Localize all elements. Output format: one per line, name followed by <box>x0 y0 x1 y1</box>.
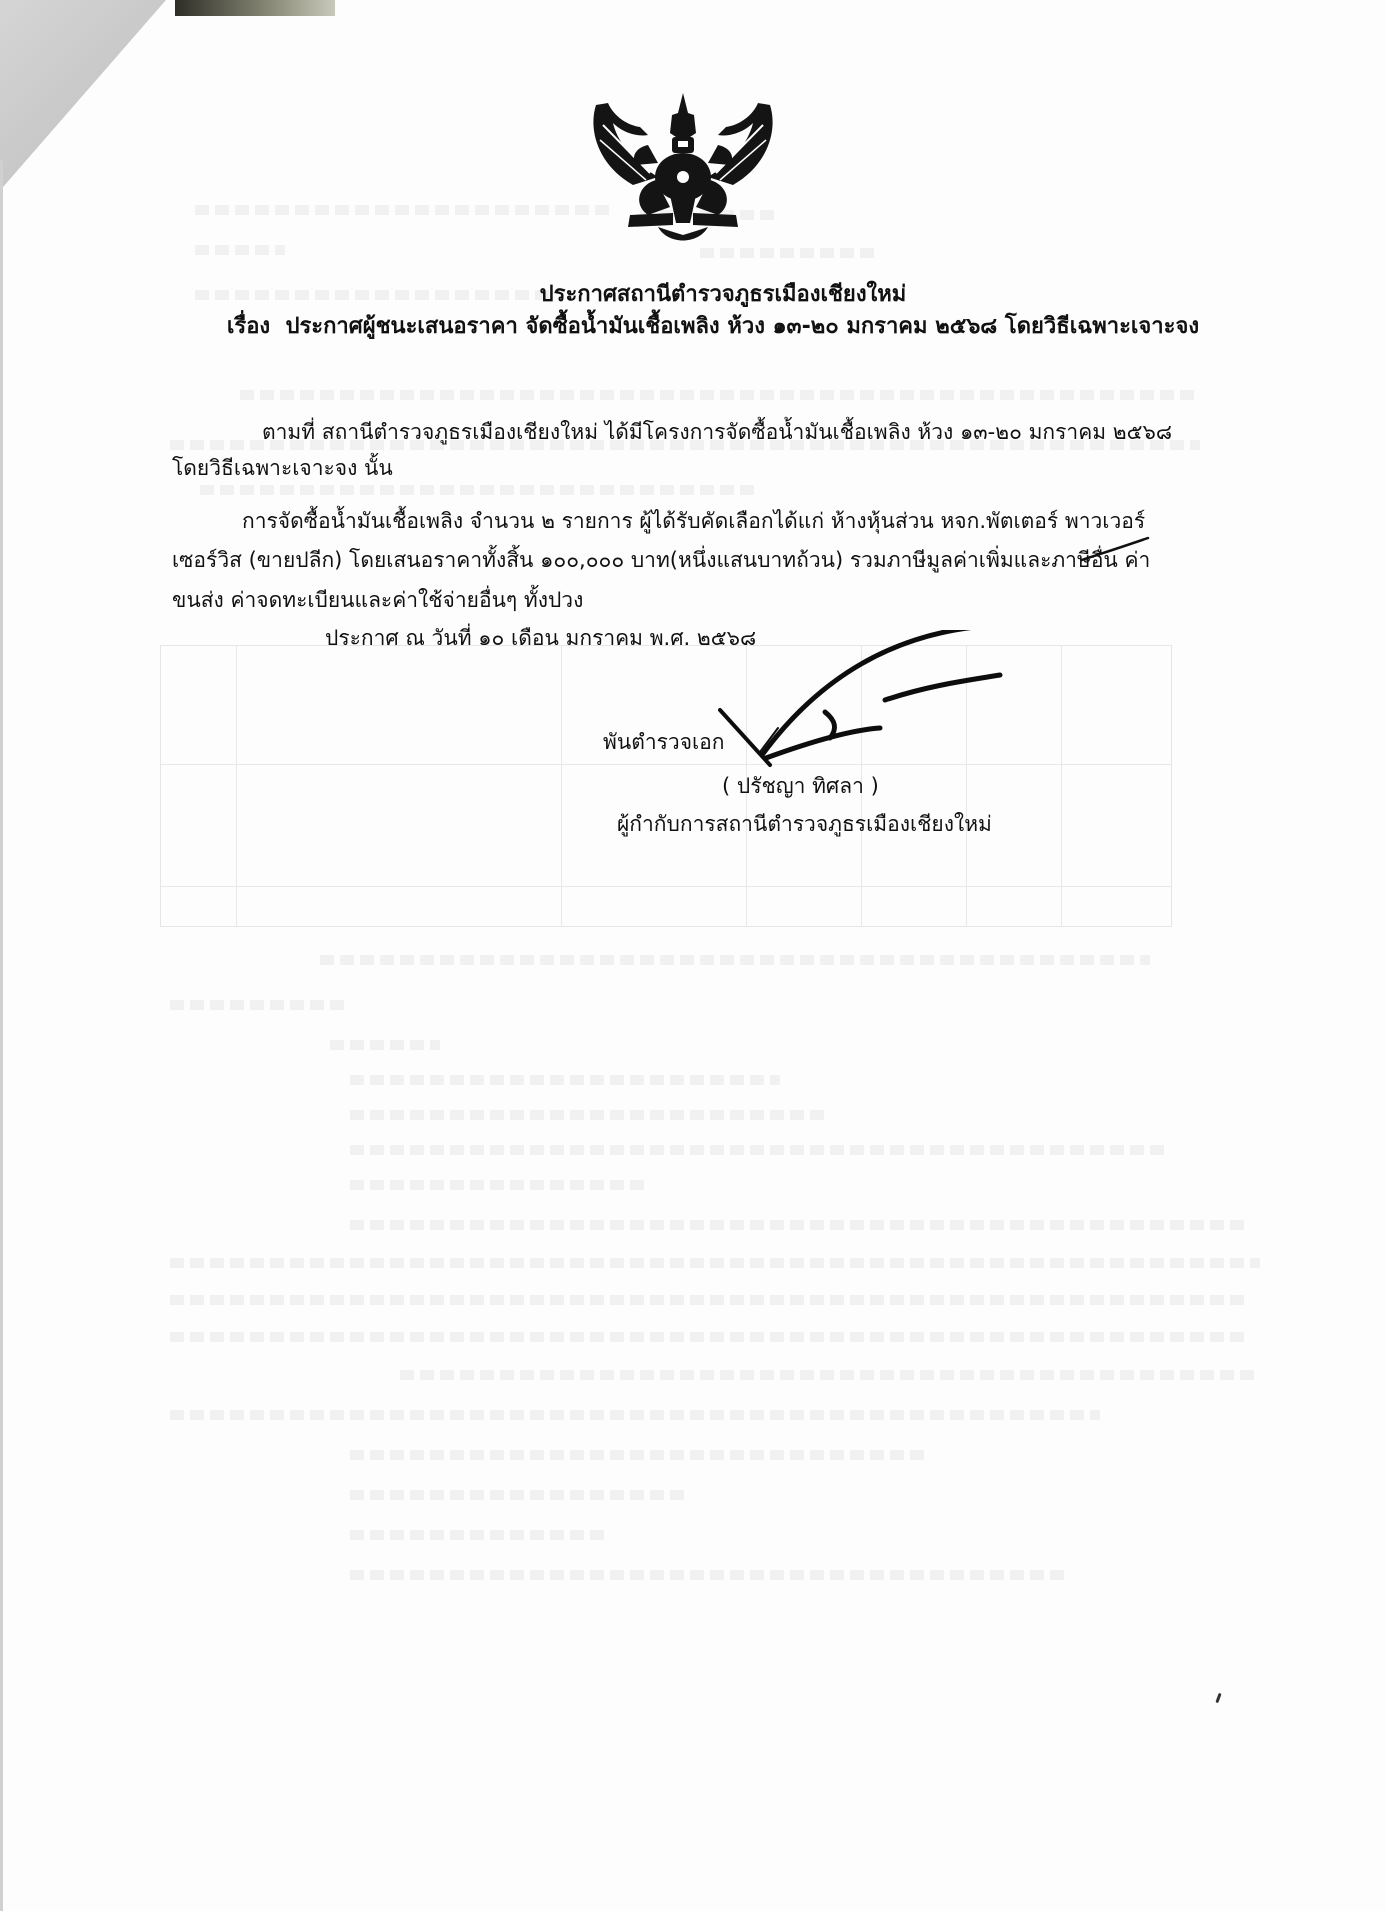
signatory-position: ผู้กำกับการสถานีตำรวจภูธรเมืองเชียงใหม่ <box>617 808 992 841</box>
signatory-rank: พันตำรวจเอก <box>603 726 725 759</box>
paragraph-1-line-2: โดยวิธีเฉพาะเจาะจง นั้น <box>172 452 393 485</box>
announcement-date: ประกาศ ณ วันที่ ๑๐ เดือน มกราคม พ.ศ. ๒๕๖… <box>325 622 756 655</box>
scan-speck <box>1215 1693 1221 1703</box>
signatory-name: ( ปรัชญา ทิศลา ) <box>722 770 879 803</box>
garuda-emblem-icon <box>578 85 788 250</box>
announcement-issuer: ประกาศสถานีตำรวจภูธรเมืองเชียงใหม่ <box>60 276 1386 311</box>
paragraph-1-line-1: ตามที่ สถานีตำรวจภูธรเมืองเชียงใหม่ ได้ม… <box>262 416 1172 449</box>
pen-strike-mark <box>1080 532 1150 572</box>
scanned-page: ประกาศสถานีตำรวจภูธรเมืองเชียงใหม่ เรื่อ… <box>0 0 1386 1911</box>
paragraph-2-line-2: เซอร์วิส (ขายปลีก) โดยเสนอราคาทั้งสิ้น ๑… <box>172 544 1150 577</box>
folded-page-corner <box>0 0 190 210</box>
scanner-edge-shadow <box>175 0 335 16</box>
paragraph-2-line-1: การจัดซื้อน้ำมันเชื้อเพลิง จำนวน ๒ รายกา… <box>242 505 1145 538</box>
page-left-edge <box>0 160 3 1911</box>
announcement-subject: เรื่อง ประกาศผู้ชนะเสนอราคา จัดซื้อน้ำมั… <box>40 308 1386 343</box>
subject-label: เรื่อง <box>227 314 270 339</box>
paragraph-2-line-3: ขนส่ง ค่าจดทะเบียนและค่าใช้จ่ายอื่นๆ ทั้… <box>172 584 583 617</box>
subject-text: ประกาศผู้ชนะเสนอราคา จัดซื้อน้ำมันเชื้อเ… <box>286 314 1200 339</box>
handwritten-signature-icon <box>700 630 1180 770</box>
